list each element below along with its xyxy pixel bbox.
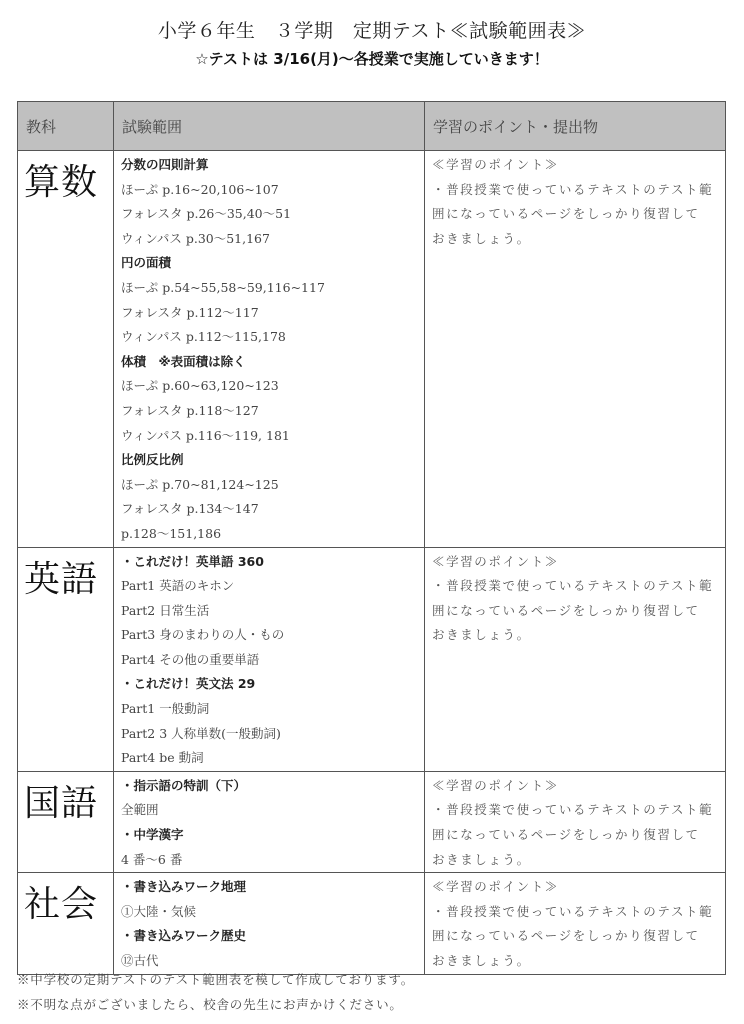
range-item: ①大陸・気候 [121, 900, 418, 925]
range-item: Part3 身のまわりの人・もの [121, 623, 418, 648]
range-item: フォレスタ p.134〜147 [121, 497, 418, 522]
range-item: p.128〜151,186 [121, 522, 418, 547]
study-points-cell: ≪学習のポイント≫・普段授業で使っているテキストのテスト範囲になっているページを… [425, 151, 726, 548]
range-item: Part1 英語のキホン [121, 574, 418, 599]
study-point-line: 囲になっているページをしっかり復習して [432, 599, 721, 624]
range-item: Part1 一般動詞 [121, 697, 418, 722]
study-point-line: ・普段授業で使っているテキストのテスト範 [432, 900, 721, 925]
range-item: ウィンパス p.116〜119, 181 [121, 424, 418, 449]
subject-cell: 英語 [18, 547, 114, 771]
range-item: ほーぷ p.60~63,120~123 [121, 374, 418, 399]
table-row-math: 算数分数の四則計算ほーぷ p.16~20,106~107フォレスタ p.26〜3… [18, 151, 726, 548]
table-row-japanese: 国語・指示語の特訓（下）全範囲・中学漢字4 番〜6 番≪学習のポイント≫・普段授… [18, 771, 726, 872]
range-heading: ・中学漢字 [121, 823, 418, 848]
range-item: Part4 be 動詞 [121, 746, 418, 771]
test-date-notice: ☆テストは 3/16(月)〜各授業で実施していきます！ [0, 48, 744, 69]
study-point-line: ・普段授業で使っているテキストのテスト範 [432, 178, 721, 203]
range-heading: ・これだけ！英文法 29 [121, 672, 418, 697]
range-item: ほーぷ p.70~81,124~125 [121, 473, 418, 498]
range-item: Part2 日常生活 [121, 599, 418, 624]
range-item: ほーぷ p.54~55,58~59,116~117 [121, 276, 418, 301]
study-point-line: おきましょう。 [432, 227, 721, 252]
column-header-range: 試験範囲 [114, 102, 425, 151]
study-points-cell: ≪学習のポイント≫・普段授業で使っているテキストのテスト範囲になっているページを… [425, 771, 726, 872]
range-item: 全範囲 [121, 798, 418, 823]
study-point-line: ≪学習のポイント≫ [432, 153, 721, 178]
range-item: フォレスタ p.118〜127 [121, 399, 418, 424]
range-item: ウィンパス p.112〜115,178 [121, 325, 418, 350]
range-cell: 分数の四則計算ほーぷ p.16~20,106~107フォレスタ p.26〜35,… [114, 151, 425, 548]
study-point-line: おきましょう。 [432, 623, 721, 648]
exam-range-table: 教科 試験範囲 学習のポイント・提出物 算数分数の四則計算ほーぷ p.16~20… [17, 101, 726, 975]
table-row-english: 英語・これだけ！英単語 360Part1 英語のキホンPart2 日常生活Par… [18, 547, 726, 771]
range-heading: 分数の四則計算 [121, 153, 418, 178]
range-item: Part4 その他の重要単語 [121, 648, 418, 673]
subject-cell: 国語 [18, 771, 114, 872]
study-point-line: おきましょう。 [432, 848, 721, 873]
subject-cell: 算数 [18, 151, 114, 548]
range-item: フォレスタ p.112〜117 [121, 301, 418, 326]
range-cell: ・これだけ！英単語 360Part1 英語のキホンPart2 日常生活Part3… [114, 547, 425, 771]
range-cell: ・書き込みワーク地理①大陸・気候・書き込みワーク歴史⑫古代 [114, 873, 425, 974]
range-item: フォレスタ p.26〜35,40〜51 [121, 202, 418, 227]
footer-note-2: ※不明な点がございましたら、校舎の先生にお声かけください。 [17, 995, 403, 1013]
range-heading: 円の面積 [121, 251, 418, 276]
range-heading: ・書き込みワーク歴史 [121, 924, 418, 949]
study-point-line: 囲になっているページをしっかり復習して [432, 823, 721, 848]
column-header-subject: 教科 [18, 102, 114, 151]
page-title: 小学６年生 ３学期 定期テスト≪試験範囲表≫ [0, 16, 744, 43]
footer-note-1: ※中学校の定期テストのテスト範囲表を模して作成しております。 [17, 970, 414, 988]
study-point-line: ・普段授業で使っているテキストのテスト範 [432, 798, 721, 823]
range-item: ほーぷ p.16~20,106~107 [121, 178, 418, 203]
study-point-line: ≪学習のポイント≫ [432, 550, 721, 575]
range-item: 4 番〜6 番 [121, 848, 418, 873]
column-header-points: 学習のポイント・提出物 [425, 102, 726, 151]
range-heading: 体積 ※表面積は除く [121, 350, 418, 375]
range-heading: 比例反比例 [121, 448, 418, 473]
study-point-line: 囲になっているページをしっかり復習して [432, 202, 721, 227]
study-point-line: ≪学習のポイント≫ [432, 774, 721, 799]
range-heading: ・指示語の特訓（下） [121, 774, 418, 799]
range-cell: ・指示語の特訓（下）全範囲・中学漢字4 番〜6 番 [114, 771, 425, 872]
study-point-line: おきましょう。 [432, 949, 721, 974]
study-points-cell: ≪学習のポイント≫・普段授業で使っているテキストのテスト範囲になっているページを… [425, 547, 726, 771]
range-item: ウィンパス p.30〜51,167 [121, 227, 418, 252]
range-heading: ・書き込みワーク地理 [121, 875, 418, 900]
range-heading: ・これだけ！英単語 360 [121, 550, 418, 575]
subject-cell: 社会 [18, 873, 114, 974]
study-point-line: ≪学習のポイント≫ [432, 875, 721, 900]
study-point-line: ・普段授業で使っているテキストのテスト範 [432, 574, 721, 599]
table-header-row: 教科 試験範囲 学習のポイント・提出物 [18, 102, 726, 151]
study-point-line: 囲になっているページをしっかり復習して [432, 924, 721, 949]
table-row-social-studies: 社会・書き込みワーク地理①大陸・気候・書き込みワーク歴史⑫古代≪学習のポイント≫… [18, 873, 726, 974]
study-points-cell: ≪学習のポイント≫・普段授業で使っているテキストのテスト範囲になっているページを… [425, 873, 726, 974]
range-item: Part2 3 人称単数(一般動詞) [121, 722, 418, 747]
